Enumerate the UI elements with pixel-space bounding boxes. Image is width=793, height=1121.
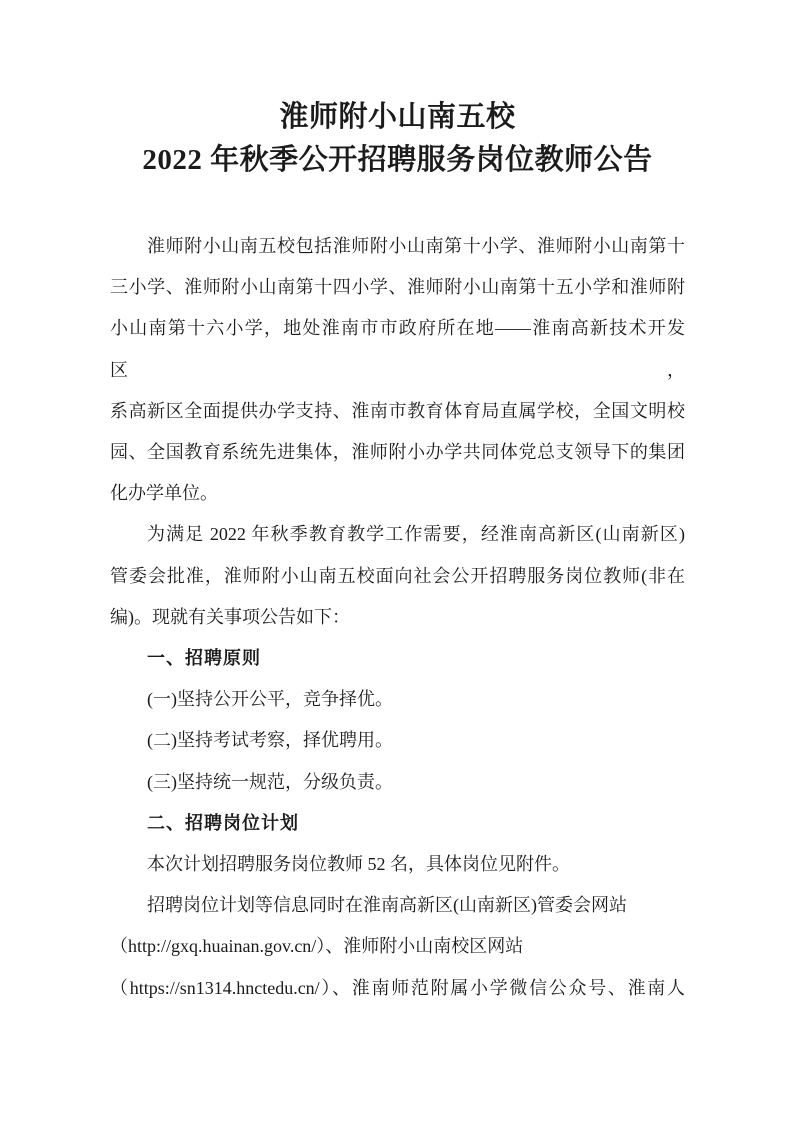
section-heading: 二、招聘岗位计划	[110, 803, 685, 844]
document-body: 淮师附小山南五校包括淮师附小山南第十小学、淮师附小山南第十三小学、淮师附小山南第…	[110, 226, 685, 1009]
body-line: （http://gxq.huainan.gov.cn/）、淮师附小山南校区网站	[110, 926, 685, 967]
body-line: 三小学、淮师附小山南第十四小学、淮师附小山南第十五小学和淮师附	[110, 267, 685, 308]
body-line: 管委会批准，淮师附小山南五校面向社会公开招聘服务岗位教师(非在	[110, 556, 685, 597]
body-line: （https://sn1314.hnctedu.cn/）、淮南师范附属小学微信公…	[110, 968, 685, 1009]
document-page: 淮师附小山南五校 2022 年秋季公开招聘服务岗位教师公告 淮师附小山南五校包括…	[0, 0, 793, 1121]
body-line: 为满足 2022 年秋季教育教学工作需要，经淮南高新区(山南新区)	[110, 514, 685, 555]
body-line: 招聘岗位计划等信息同时在淮南高新区(山南新区)管委会网站	[110, 885, 685, 926]
body-line: (二)坚持考试考察，择优聘用。	[110, 720, 685, 761]
body-line: 编)。现就有关事项公告如下：	[110, 597, 685, 638]
body-line: 化办学单位。	[110, 473, 685, 514]
body-line: 小山南第十六小学，地处淮南市市政府所在地——淮南高新技术开发区，	[110, 308, 685, 390]
section-heading: 一、招聘原则	[110, 638, 685, 679]
body-line: 园、全国教育系统先进集体，淮师附小办学共同体党总支领导下的集团	[110, 432, 685, 473]
body-line: 本次计划招聘服务岗位教师 52 名，具体岗位见附件。	[110, 844, 685, 885]
title-line-1: 淮师附小山南五校	[110, 96, 685, 139]
body-line: 系高新区全面提供办学支持、淮南市教育体育局直属学校，全国文明校	[110, 391, 685, 432]
body-line: 淮师附小山南五校包括淮师附小山南第十小学、淮师附小山南第十	[110, 226, 685, 267]
body-line: (一)坚持公开公平，竞争择优。	[110, 679, 685, 720]
title-line-2: 2022 年秋季公开招聘服务岗位教师公告	[110, 139, 685, 182]
document-title: 淮师附小山南五校 2022 年秋季公开招聘服务岗位教师公告	[110, 96, 685, 182]
body-line: (三)坚持统一规范，分级负责。	[110, 762, 685, 803]
